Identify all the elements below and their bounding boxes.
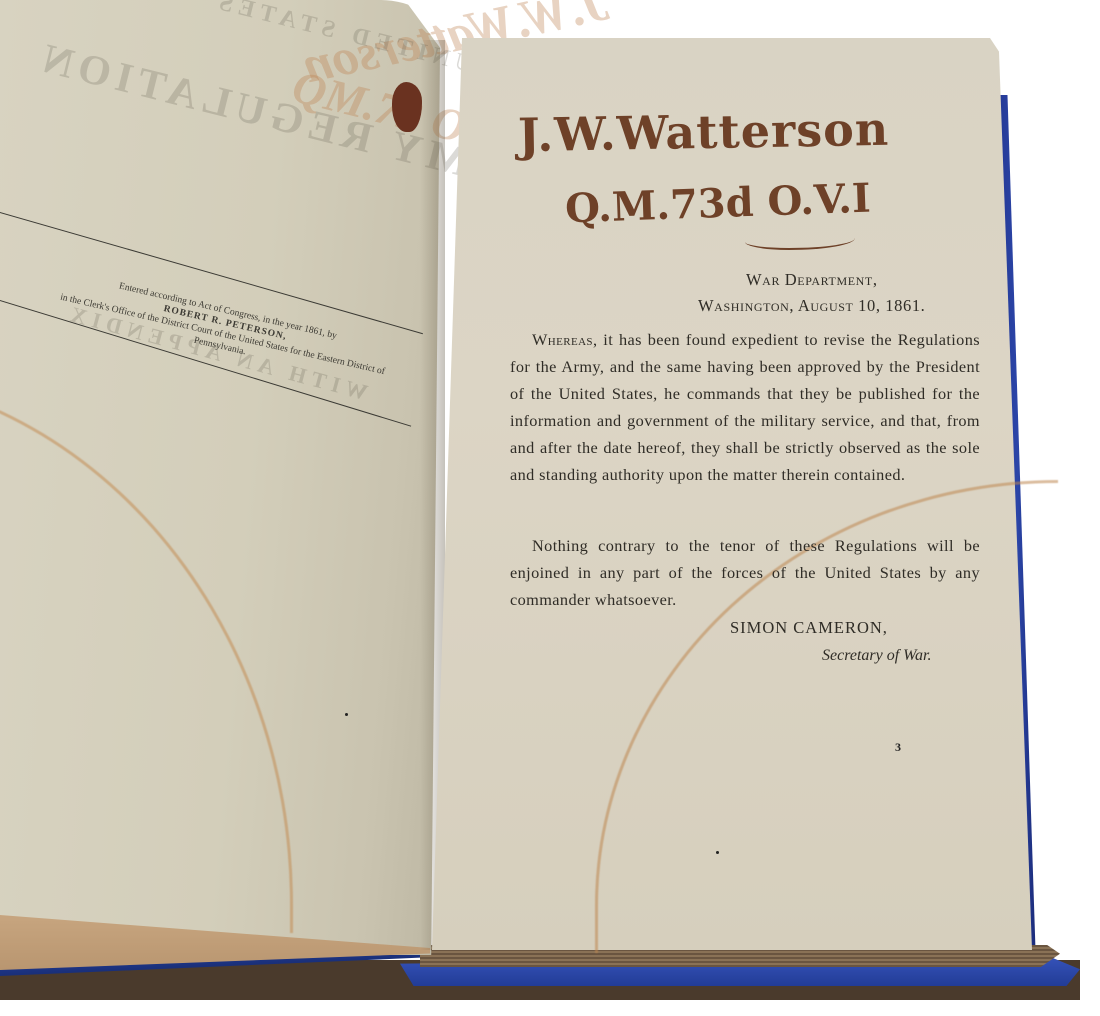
- paper-speck: [716, 851, 719, 854]
- paragraph-lead-word: Whereas,: [532, 330, 597, 349]
- ink-blot: [392, 82, 422, 132]
- order-paragraph-2: Nothing contrary to the tenor of these R…: [510, 532, 980, 613]
- paper-speck: [345, 713, 348, 716]
- page-number: 3: [895, 740, 901, 755]
- paragraph-1-text: it has been found expedient to revise th…: [510, 330, 980, 484]
- signer-name: SIMON CAMERON,: [730, 618, 888, 638]
- signer-title: Secretary of War.: [822, 647, 931, 665]
- dateline-department: War Department,: [746, 270, 878, 290]
- order-paragraph-1: Whereas, it has been found expedient to …: [510, 326, 980, 488]
- paragraph-2-text: Nothing contrary to the tenor of these R…: [510, 532, 980, 613]
- book-photo: J.W.Watterson QM.73 O.V.I UNITED STATES …: [0, 0, 1100, 1016]
- dateline-place-date: Washington, August 10, 1861.: [698, 296, 925, 316]
- handwritten-signature-name: J.W.Watterson: [518, 102, 890, 162]
